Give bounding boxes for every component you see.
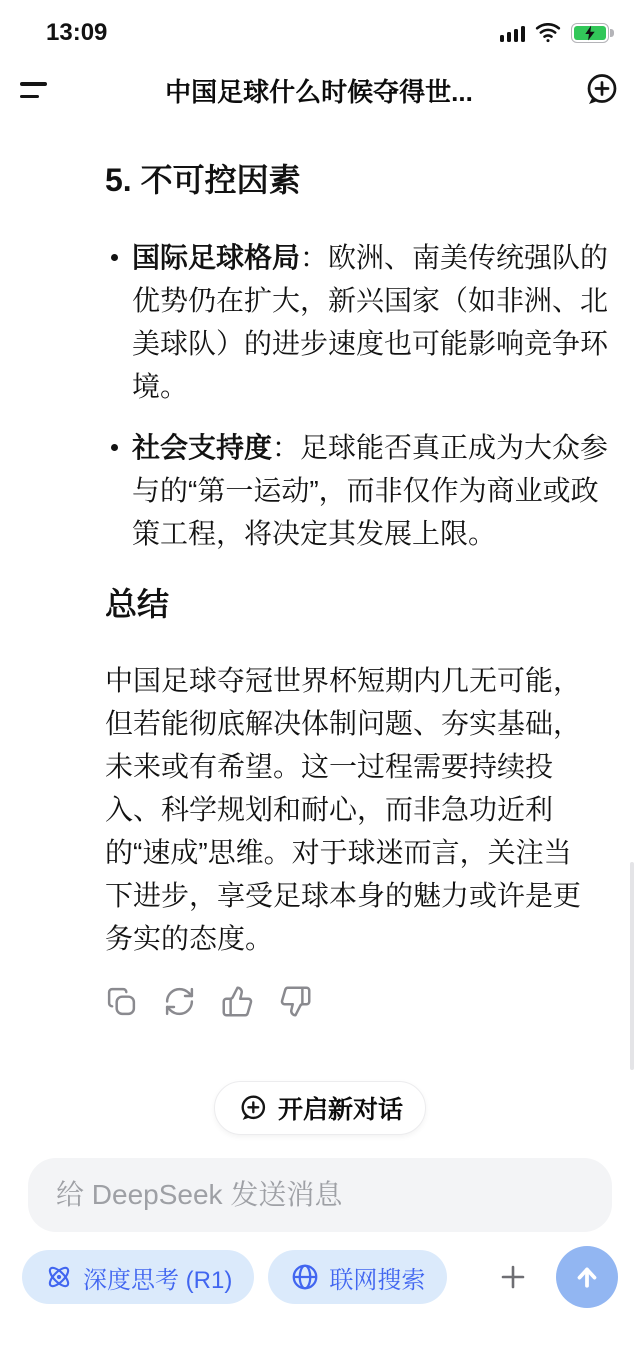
deepseek-chat-screen: 13:09	[0, 0, 640, 1361]
status-time: 13:09	[46, 19, 107, 47]
plus-icon	[494, 1258, 532, 1296]
menu-icon	[20, 82, 47, 86]
wifi-icon	[535, 23, 561, 43]
bullet-item: 社会支持度：足球能否真正成为大众参与的“第一运动”，而非仅作为商业或政策工程，将…	[105, 426, 610, 555]
bullet-label: 国际足球格局	[132, 242, 300, 273]
section-heading: 5. 不可控因素	[105, 164, 610, 196]
thumbs-up-icon	[221, 985, 254, 1018]
bullet-item: 国际足球格局：欧洲、南美传统强队的优势仍在扩大，新兴国家（如非洲、北美球队）的进…	[105, 236, 610, 408]
regenerate-button[interactable]	[163, 985, 196, 1018]
deep-think-chip[interactable]: 深度思考 (R1)	[22, 1250, 254, 1304]
new-chat-button[interactable]: 开启新对话	[214, 1081, 426, 1135]
deep-think-label: 深度思考 (R1)	[83, 1260, 232, 1295]
atom-icon	[44, 1262, 74, 1292]
battery-charging-icon	[571, 23, 609, 43]
copy-button[interactable]	[105, 985, 138, 1018]
composer-toolbar: 深度思考 (R1) 联网搜索	[22, 1246, 618, 1308]
composer	[28, 1158, 612, 1232]
dislike-button[interactable]	[279, 985, 312, 1018]
bullet-list: 国际足球格局：欧洲、南美传统强队的优势仍在扩大，新兴国家（如非洲、北美球队）的进…	[105, 236, 610, 555]
copy-icon	[105, 985, 138, 1018]
chat-title: 中国足球什么时候夺得世...	[60, 72, 578, 109]
new-chat-icon-button[interactable]	[578, 71, 620, 109]
thumbs-down-icon	[279, 985, 312, 1018]
bullet-dot	[111, 444, 118, 451]
message-actions	[105, 985, 610, 1018]
summary-heading: 总结	[105, 588, 610, 620]
scrollbar[interactable]	[630, 862, 634, 1070]
globe-icon	[290, 1262, 320, 1292]
send-button[interactable]	[556, 1246, 618, 1308]
chat-bubble-plus-icon	[237, 1093, 268, 1124]
attach-button[interactable]	[494, 1258, 532, 1296]
bullet-label: 社会支持度	[132, 432, 272, 463]
like-button[interactable]	[221, 985, 254, 1018]
chat-header: 中国足球什么时候夺得世...	[0, 58, 640, 122]
status-bar: 13:09	[0, 0, 640, 58]
message-input[interactable]	[54, 1178, 586, 1212]
chat-bubble-plus-icon	[582, 71, 620, 109]
bullet-dot	[111, 254, 118, 261]
new-chat-label: 开启新对话	[278, 1090, 403, 1126]
summary-paragraph: 中国足球夺冠世界杯短期内几无可能，但若能彻底解决体制问题、夯实基础，未来或有希望…	[105, 659, 594, 960]
arrow-up-icon	[572, 1262, 602, 1292]
regenerate-icon	[163, 985, 196, 1018]
assistant-message: 5. 不可控因素 国际足球格局：欧洲、南美传统强队的优势仍在扩大，新兴国家（如非…	[0, 164, 640, 1018]
web-search-chip[interactable]: 联网搜索	[268, 1250, 447, 1304]
signal-icon	[500, 25, 526, 42]
menu-button[interactable]	[20, 76, 60, 104]
web-search-label: 联网搜索	[329, 1260, 425, 1295]
